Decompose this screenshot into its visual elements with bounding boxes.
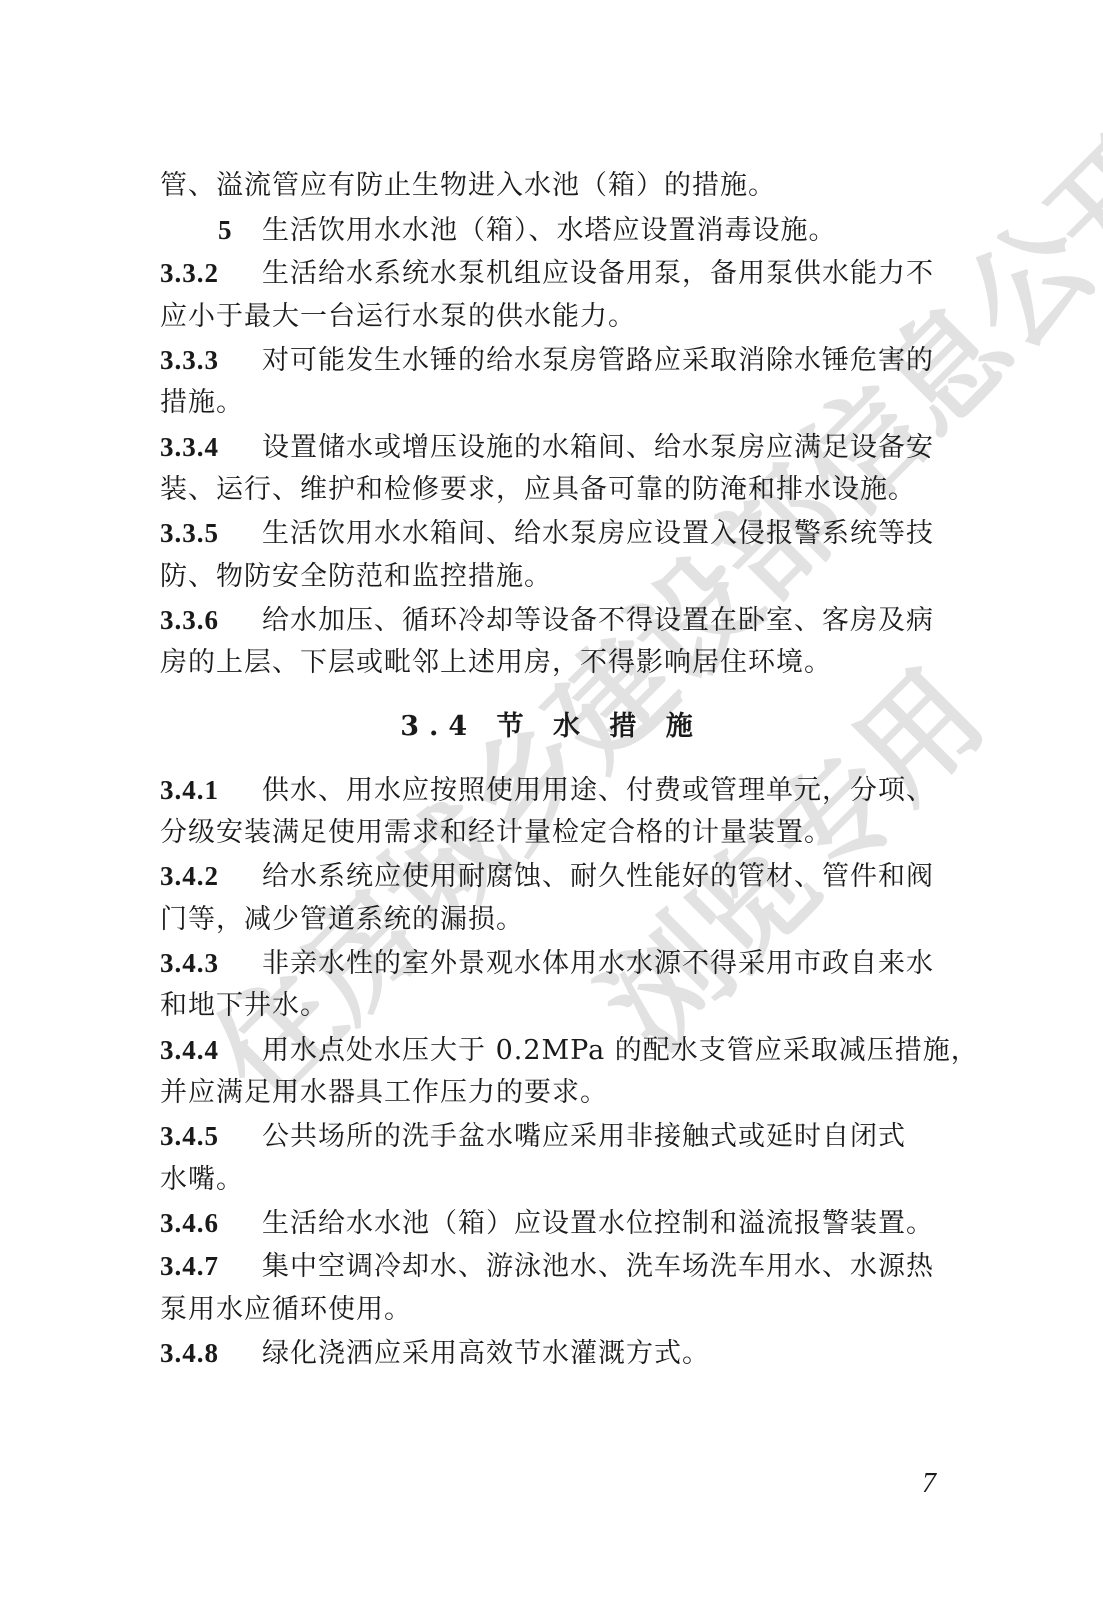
text-line: 房的上层、下层或毗邻上述用房，不得影响居住环境。: [160, 643, 832, 683]
text-line: 措施。: [160, 383, 244, 423]
clause-3-4-4: 3.4.4用水点处水压大于 0.2MPa 的配水支管应采取减压措施，: [160, 1030, 979, 1071]
clause-3-4-3: 3.4.3非亲水性的室外景观水体用水水源不得采用市政自来水: [160, 943, 934, 984]
clause-3-3-4: 3.3.4设置储水或增压设施的水箱间、给水泵房应满足设备安: [160, 427, 934, 468]
list-item: 5生活饮用水水池（箱）、水塔应设置消毒设施。: [218, 210, 837, 251]
text-line: 管、溢流管应有防止生物进入水池（箱）的措施。: [160, 166, 776, 206]
section-heading: 3.4 节 水 措 施: [0, 704, 1103, 743]
clause-3-3-6: 3.3.6给水加压、循环冷却等设备不得设置在卧室、客房及病: [160, 600, 934, 641]
text-line: 装、运行、维护和检修要求，应具备可靠的防淹和排水设施。: [160, 470, 916, 510]
clause-3-3-5: 3.3.5生活饮用水水箱间、给水泵房应设置入侵报警系统等技: [160, 513, 934, 554]
clause-3-4-5: 3.4.5公共场所的洗手盆水嘴应采用非接触式或延时自闭式: [160, 1116, 906, 1157]
clause-3-4-1: 3.4.1供水、用水应按照使用用途、付费或管理单元，分项、: [160, 770, 934, 811]
clause-3-4-8: 3.4.8绿化浇洒应采用高效节水灌溉方式。: [160, 1333, 710, 1374]
text-line: 和地下井水。: [160, 986, 328, 1026]
clause-3-4-2: 3.4.2给水系统应使用耐腐蚀、耐久性能好的管材、管件和阀: [160, 856, 934, 897]
clause-3-3-3: 3.3.3对可能发生水锤的给水泵房管路应采取消除水锤危害的: [160, 340, 934, 381]
clause-3-4-7: 3.4.7集中空调冷却水、游泳池水、洗车场洗车用水、水源热: [160, 1246, 934, 1287]
page-number: 7: [922, 1468, 936, 1500]
clause-3-3-2: 3.3.2生活给水系统水泵机组应设备用泵，备用泵供水能力不: [160, 253, 934, 294]
text-line: 水嘴。: [160, 1160, 244, 1200]
text-line: 门等，减少管道系统的漏损。: [160, 900, 524, 940]
text-line: 泵用水应循环使用。: [160, 1290, 412, 1330]
text-line: 并应满足用水器具工作压力的要求。: [160, 1073, 608, 1113]
watermark-line-2: 浏览专用: [560, 626, 1014, 1080]
text-line: 分级安装满足使用需求和经计量检定合格的计量装置。: [160, 813, 832, 853]
clause-3-4-6: 3.4.6生活给水水池（箱）应设置水位控制和溢流报警装置。: [160, 1203, 934, 1244]
text-line: 应小于最大一台运行水泵的供水能力。: [160, 297, 636, 337]
document-page: 住房城乡建设部信息公开 浏览专用 管、溢流管应有防止生物进入水池（箱）的措施。 …: [0, 0, 1103, 1598]
text-line: 防、物防安全防范和监控措施。: [160, 557, 552, 597]
